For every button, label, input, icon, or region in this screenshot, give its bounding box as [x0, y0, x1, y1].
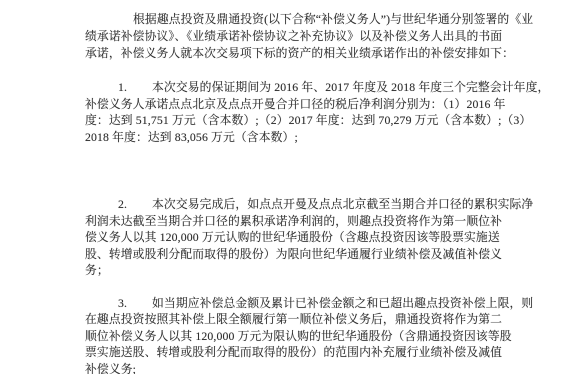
text-line: 股、转增或股利分配而取得的股份）为限向世纪华通履行业绩补偿及减值补偿义	[85, 246, 507, 263]
text-line: 顺位补偿义务人以其 120,000 万元为限认购的世纪华通股份（含鼎通投资因该等…	[85, 328, 507, 345]
text-line: 绩承诺补偿协议》、《业绩承诺补偿协议之补充协议》以及补偿义务人出具的书面	[85, 28, 507, 45]
item-text: 本次交易的保证期间为 2016 年、2017 年度及 2018 年度三个完整会计…	[152, 80, 549, 94]
item-number: 3.	[118, 295, 152, 312]
text-line: 偿义务人以其 120,000 万元认购的世纪华通股份（含趣点投资因该等股票实施送	[85, 229, 507, 246]
item-text: 如当期应补偿总金额及累计已补偿金额之和已超出趣点投资补偿上限，则	[152, 296, 533, 310]
numbered-paragraph: 1.本次交易的保证期间为 2016 年、2017 年度及 2018 年度三个完整…	[85, 79, 507, 145]
text-line: 票实施送股、转增或股利分配而取得的股份）的范围内补充履行业绩补偿及减值	[85, 344, 507, 361]
document-body: 根据趣点投资及鼎通投资(以下合称“补偿义务人”)与世纪华通分别签署的《业绩承诺补…	[85, 11, 507, 374]
item-text: 本次交易完成后，如点点开曼及点点北京截至当期合并口径的累积实际净	[152, 197, 533, 211]
text-line: 务；	[85, 262, 507, 279]
numbered-paragraph: 2.本次交易完成后，如点点开曼及点点北京截至当期合并口径的累积实际净利润未达截至…	[85, 196, 507, 279]
text-line: 补偿义务;	[85, 361, 507, 374]
text-line: 度：达到 51,751 万元（含本数）;（2）2017 年度：达到 70,279…	[85, 112, 507, 129]
item-number: 1.	[118, 79, 152, 96]
item-number: 2.	[118, 196, 152, 213]
text-line: 在趣点投资按照其补偿上限全额履行第一顺位补偿义务后，鼎通投资将作为第二	[85, 311, 507, 328]
text-line: 补偿义务人承诺点点北京及点点开曼合并口径的税后净利润分别为：（1）2016 年	[85, 96, 507, 113]
numbered-paragraph: 3.如当期应补偿总金额及累计已补偿金额之和已超出趣点投资补偿上限，则在趣点投资按…	[85, 295, 507, 374]
intro-paragraph: 根据趣点投资及鼎通投资(以下合称“补偿义务人”)与世纪华通分别签署的《业绩承诺补…	[85, 11, 507, 62]
text-line: 根据趣点投资及鼎通投资(以下合称“补偿义务人”)与世纪华通分别签署的《业	[85, 11, 507, 28]
text-line: 3.如当期应补偿总金额及累计已补偿金额之和已超出趣点投资补偿上限，则	[85, 295, 507, 312]
text-line: 利润未达截至当期合并口径的累积承诺净利润的，则趣点投资将作为第一顺位补	[85, 213, 507, 230]
text-line: 承诺，补偿义务人就本次交易项下标的资产的相关业绩承诺作出的补偿安排如下：	[85, 45, 507, 62]
text-line: 1.本次交易的保证期间为 2016 年、2017 年度及 2018 年度三个完整…	[85, 79, 507, 96]
text-line: 2018 年度：达到 83,056 万元（含本数）;	[85, 129, 507, 146]
text-line: 2.本次交易完成后，如点点开曼及点点北京截至当期合并口径的累积实际净	[85, 196, 507, 213]
document-page: 根据趣点投资及鼎通投资(以下合称“补偿义务人”)与世纪华通分别签署的《业绩承诺补…	[0, 0, 580, 374]
